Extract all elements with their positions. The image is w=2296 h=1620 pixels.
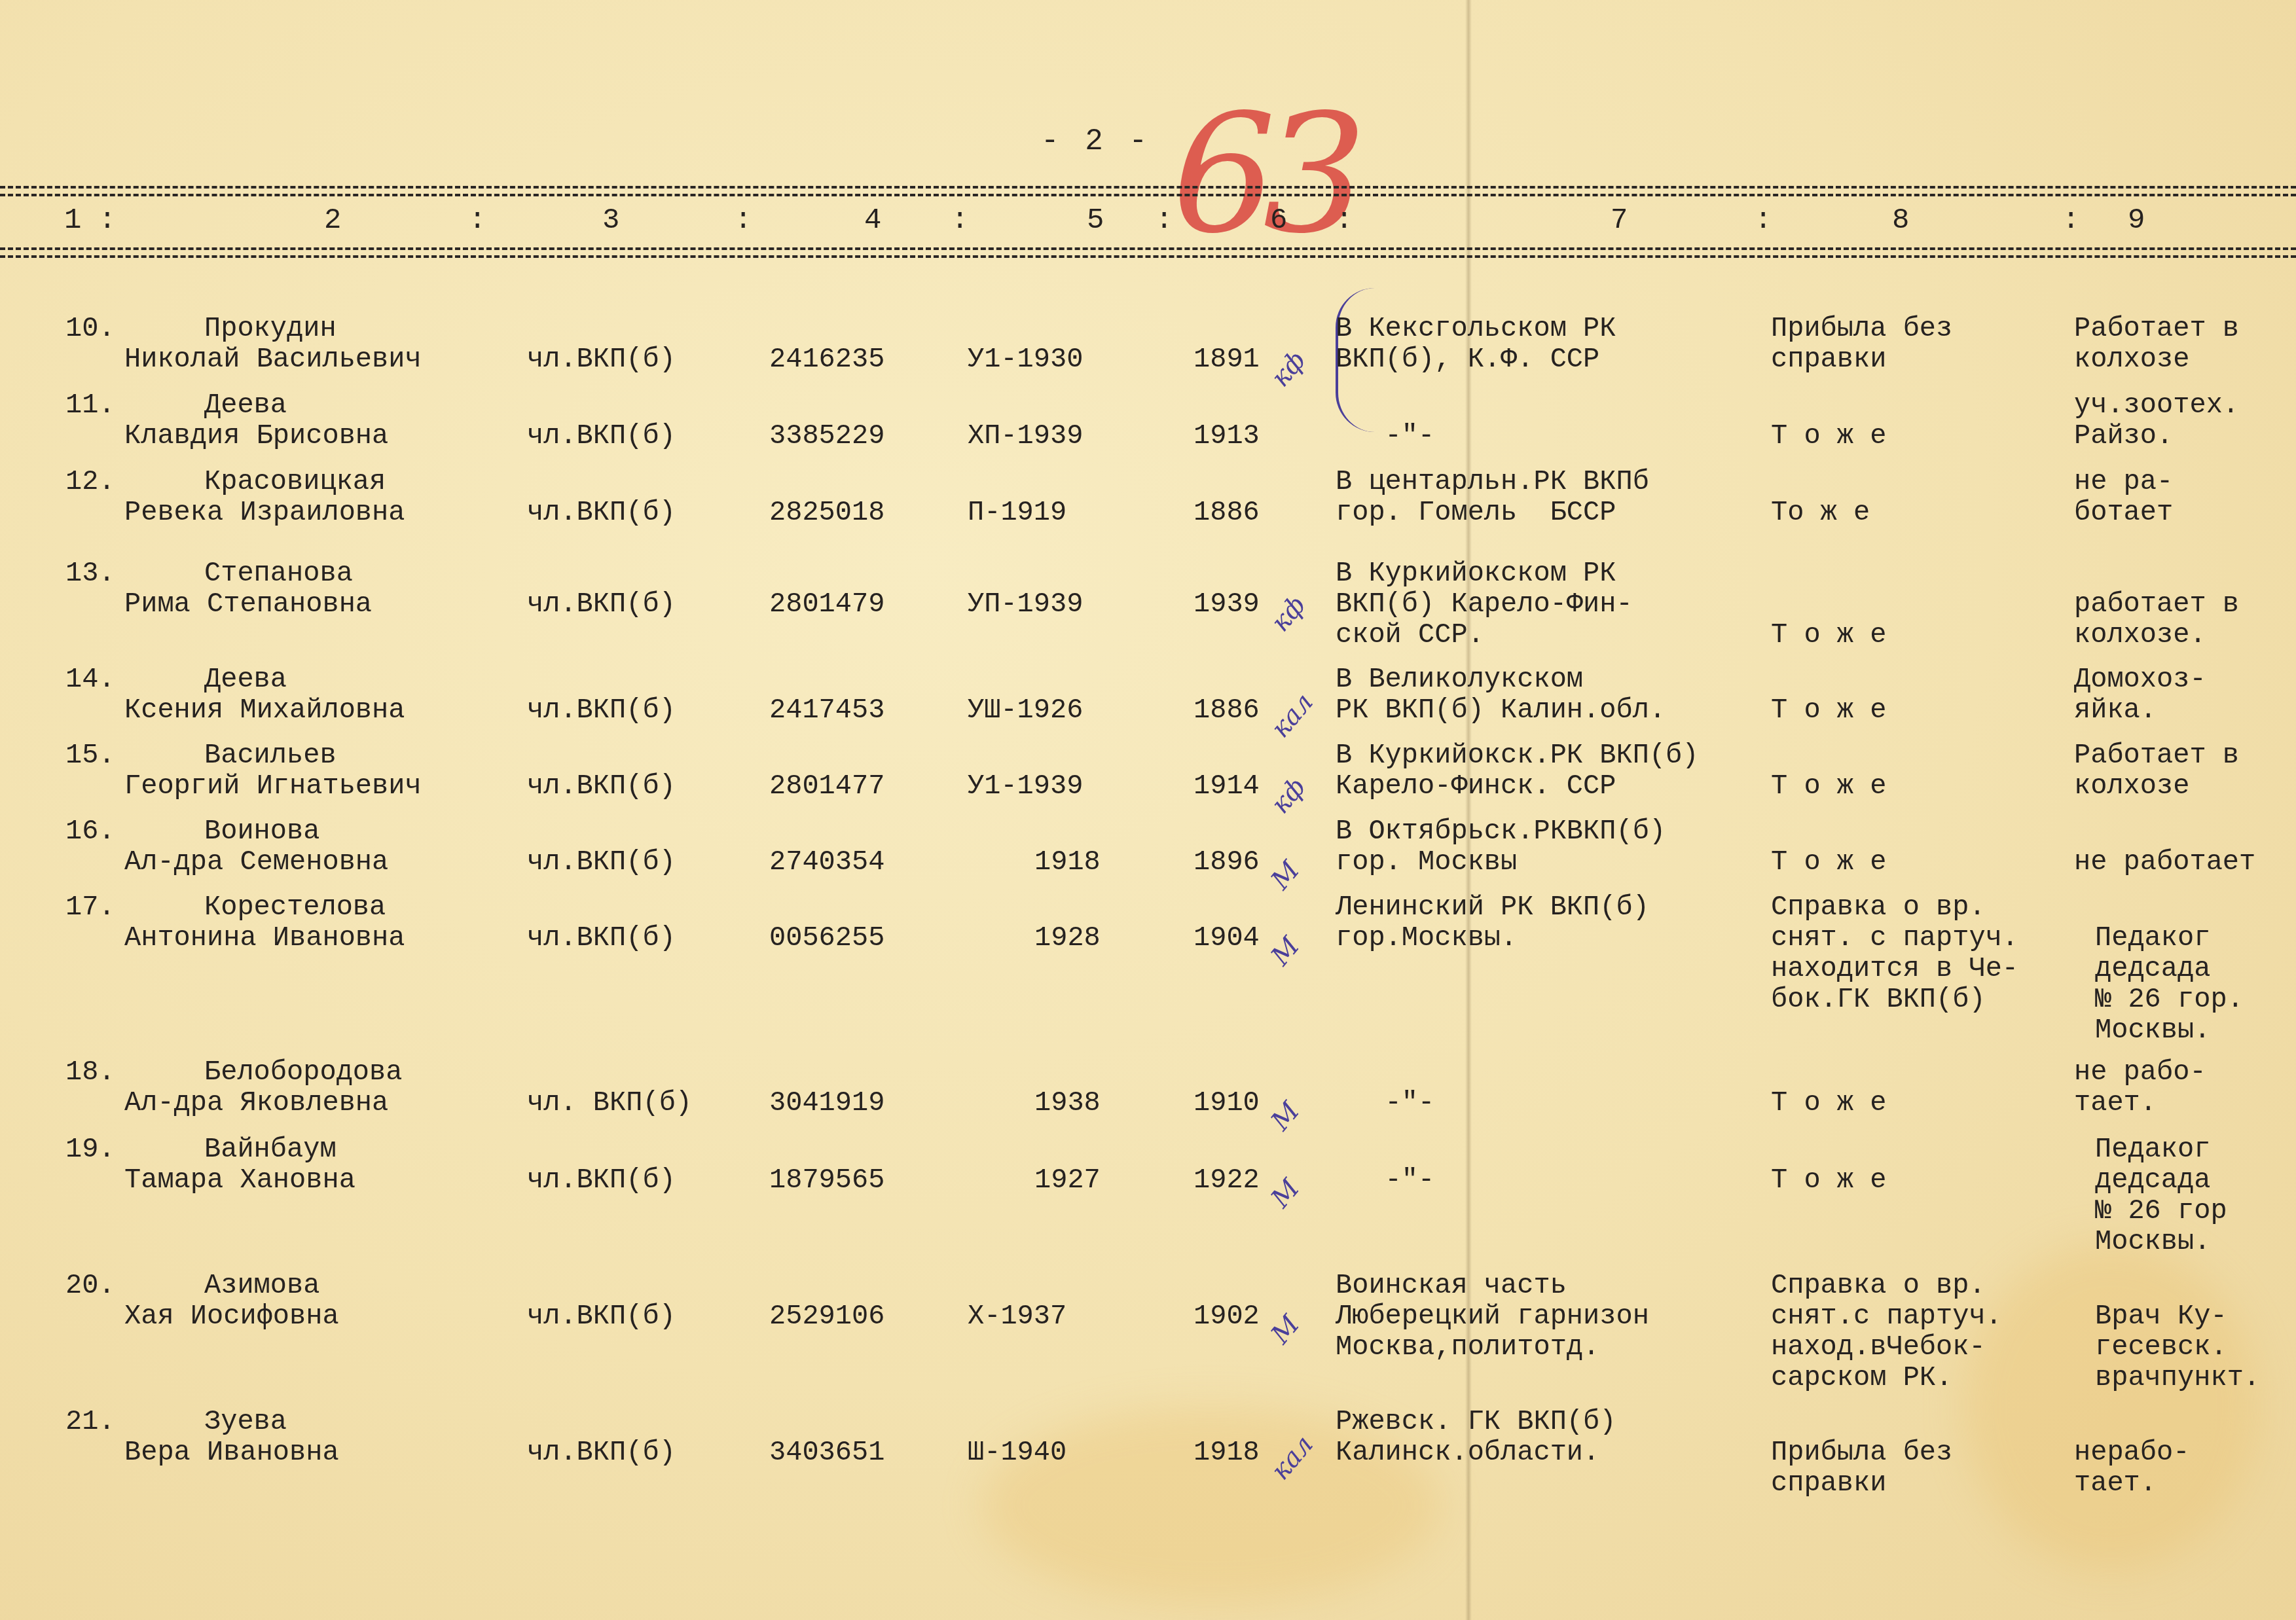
certificate-status: То ж е	[1771, 497, 1870, 528]
birth-year: 1922	[1194, 1165, 1260, 1196]
current-occupation: нерабо-	[2074, 1437, 2189, 1468]
member-surname: Воинова	[204, 816, 319, 847]
certificate-status: находится в Че-	[1771, 954, 2018, 984]
birth-year: 1886	[1194, 695, 1260, 726]
registration-location: ВКП(б), К.Ф. ССР	[1336, 344, 1599, 375]
certificate-status: Т о ж е	[1771, 695, 1886, 726]
registration-location: В центарльн.РК ВКПб	[1336, 467, 1649, 497]
column-header-label: 7	[1611, 204, 1628, 237]
handwritten-region-note: М	[1266, 1310, 1306, 1350]
current-occupation: № 26 гор	[2095, 1196, 2227, 1227]
party-status: чл.ВКП(б)	[527, 589, 676, 620]
party-join-date: УШ-1926	[968, 695, 1083, 726]
member-given-names: Хая Иосифовна	[124, 1301, 339, 1332]
member-given-names: Ревека Израиловна	[124, 497, 405, 528]
party-card-number: 2740354	[769, 847, 884, 878]
birth-year: 1910	[1194, 1088, 1260, 1119]
archive-folio-stamp: 63	[1172, 79, 1354, 269]
handwritten-region-note: кф	[1266, 590, 1312, 638]
registration-location: гор. Москвы	[1336, 847, 1517, 878]
certificate-status: Т о ж е	[1771, 771, 1886, 802]
registration-location: Москва,политотд.	[1336, 1332, 1599, 1363]
current-occupation: не рабо-	[2074, 1057, 2206, 1088]
registration-location: -"-	[1336, 421, 1434, 452]
handwritten-region-note: М	[1266, 1096, 1306, 1136]
page-number: - 2 -	[1041, 124, 1151, 158]
birth-year: 1886	[1194, 497, 1260, 528]
row-number: 13.	[65, 558, 115, 589]
party-join-date: 1918	[1034, 847, 1101, 878]
registration-location: Ржевск. ГК ВКП(б)	[1336, 1407, 1616, 1437]
current-occupation: дедсада	[2095, 1165, 2210, 1196]
current-occupation: яйка.	[2074, 695, 2157, 726]
registration-location: Ленинский РК ВКП(б)	[1336, 892, 1649, 923]
member-given-names: Антонина Ивановна	[124, 923, 405, 954]
registration-location: -"-	[1336, 1088, 1434, 1119]
member-surname: Зуева	[204, 1407, 287, 1437]
current-occupation: колхозе	[2074, 771, 2189, 802]
current-occupation: ботает	[2074, 497, 2173, 528]
row-number: 11.	[65, 390, 115, 421]
certificate-status: бок.ГК ВКП(б)	[1771, 984, 1986, 1015]
current-occupation: Работает в	[2074, 740, 2239, 771]
current-occupation: уч.зоотех.	[2074, 390, 2239, 421]
certificate-status: Справка о вр.	[1771, 1270, 1986, 1301]
current-occupation: врачпункт.	[2095, 1363, 2260, 1394]
column-header-label: 3	[602, 204, 619, 237]
column-header-label: 1 :	[64, 204, 116, 237]
current-occupation: работает в	[2074, 589, 2239, 620]
certificate-status: Справка о вр.	[1771, 892, 1986, 923]
registration-location: ВКП(б) Карело-Фин-	[1336, 589, 1633, 620]
certificate-status: снят.с партуч.	[1771, 1301, 2002, 1332]
certificate-status: справки	[1771, 1468, 1886, 1499]
column-header-label: 8	[1892, 204, 1909, 237]
member-surname: Вайнбаум	[204, 1134, 337, 1165]
member-surname: Азимова	[204, 1270, 319, 1301]
current-occupation: гесевск.	[2095, 1332, 2227, 1363]
member-surname: Деева	[204, 664, 287, 695]
party-join-date: Х-1937	[968, 1301, 1066, 1332]
row-number: 19.	[65, 1134, 115, 1165]
row-number: 21.	[65, 1407, 115, 1437]
member-given-names: Рима Степановна	[124, 589, 372, 620]
current-occupation: тает.	[2074, 1468, 2157, 1499]
row-number: 20.	[65, 1270, 115, 1301]
column-header-label: 5	[1087, 204, 1104, 237]
registration-location: -"-	[1336, 1165, 1434, 1196]
member-given-names: Ал-дра Яковлевна	[124, 1088, 388, 1119]
registration-location: гор.Москвы.	[1336, 923, 1517, 954]
birth-year: 1891	[1194, 344, 1260, 375]
handwritten-region-note: М	[1266, 1174, 1306, 1214]
party-card-number: 2529106	[769, 1301, 884, 1332]
party-card-number: 3041919	[769, 1088, 884, 1119]
party-status: чл.ВКП(б)	[527, 847, 676, 878]
certificate-status: Прибыла без	[1771, 314, 1952, 344]
row-number: 15.	[65, 740, 115, 771]
archival-document-page: - 2 - 63 1 :2:3:4:5:6:7:8:9 10.ПрокудинН…	[0, 0, 2296, 1620]
party-card-number: 2801479	[769, 589, 884, 620]
member-surname: Белобородова	[204, 1057, 402, 1088]
current-occupation: № 26 гор.	[2095, 984, 2244, 1015]
party-join-date: У1-1930	[968, 344, 1083, 375]
paper-fold-line	[1465, 0, 1472, 1620]
handwritten-region-note: М	[1266, 931, 1306, 971]
certificate-status: сарском РК.	[1771, 1363, 1952, 1394]
party-status: чл.ВКП(б)	[527, 421, 676, 452]
party-card-number: 2801477	[769, 771, 884, 802]
certificate-status: Прибыла без	[1771, 1437, 1952, 1468]
certificate-status: Т о ж е	[1771, 620, 1886, 651]
registration-location: Карело-Финск. ССР	[1336, 771, 1616, 802]
party-card-number: 0056255	[769, 923, 884, 954]
party-join-date: 1938	[1034, 1088, 1101, 1119]
row-number: 14.	[65, 664, 115, 695]
current-occupation: колхозе.	[2074, 620, 2206, 651]
party-status: чл.ВКП(б)	[527, 695, 676, 726]
current-occupation: колхозе	[2074, 344, 2189, 375]
certificate-status: Т о ж е	[1771, 1165, 1886, 1196]
member-surname: Васильев	[204, 740, 337, 771]
party-status: чл.ВКП(б)	[527, 497, 676, 528]
member-given-names: Георгий Игнатьевич	[124, 771, 422, 802]
party-join-date: УП-1939	[968, 589, 1083, 620]
current-occupation: Домохоз-	[2074, 664, 2206, 695]
current-occupation: Работает в	[2074, 314, 2239, 344]
header-rule-bottom	[0, 247, 2296, 258]
column-header-label: :	[469, 204, 486, 237]
party-status: чл. ВКП(б)	[527, 1088, 692, 1119]
party-status: чл.ВКП(б)	[527, 923, 676, 954]
column-header-label: 2	[324, 204, 341, 237]
row-number: 18.	[65, 1057, 115, 1088]
member-surname: Деева	[204, 390, 287, 421]
party-join-date: У1-1939	[968, 771, 1083, 802]
certificate-status: Т о ж е	[1771, 421, 1886, 452]
registration-location: В Куркийокском РК	[1336, 558, 1616, 589]
certificate-status: снят. с партуч.	[1771, 923, 2018, 954]
party-card-number: 2417453	[769, 695, 884, 726]
member-given-names: Ал-дра Семеновна	[124, 847, 388, 878]
party-card-number: 3403651	[769, 1437, 884, 1468]
birth-year: 1904	[1194, 923, 1260, 954]
member-surname: Корестелова	[204, 892, 386, 923]
column-header-label: 4	[864, 204, 881, 237]
party-card-number: 1879565	[769, 1165, 884, 1196]
row-number: 17.	[65, 892, 115, 923]
header-rule-top	[0, 186, 2296, 196]
registration-location: Воинская часть	[1336, 1270, 1567, 1301]
current-occupation: Врач Ку-	[2095, 1301, 2227, 1332]
member-surname: Красовицкая	[204, 467, 386, 497]
member-given-names: Николай Васильевич	[124, 344, 422, 375]
member-surname: Степанова	[204, 558, 353, 589]
handwritten-region-note: М	[1266, 855, 1306, 895]
registration-location: РК ВКП(б) Калин.обл.	[1336, 695, 1666, 726]
column-header-label: 6	[1270, 204, 1287, 237]
registration-location: В Куркийокск.РК ВКП(б)	[1336, 740, 1699, 771]
current-occupation: не работает	[2074, 847, 2255, 878]
row-number: 12.	[65, 467, 115, 497]
row-number: 10.	[65, 314, 115, 344]
current-occupation: не ра-	[2074, 467, 2173, 497]
party-join-date: 1927	[1034, 1165, 1101, 1196]
birth-year: 1939	[1194, 589, 1260, 620]
current-occupation: Москвы.	[2095, 1227, 2210, 1257]
party-join-date: 1928	[1034, 923, 1101, 954]
party-status: чл.ВКП(б)	[527, 344, 676, 375]
party-card-number: 2416235	[769, 344, 884, 375]
party-card-number: 3385229	[769, 421, 884, 452]
certificate-status: справки	[1771, 344, 1886, 375]
column-header-label: :	[1755, 204, 1772, 237]
column-header-label: :	[2062, 204, 2079, 237]
member-given-names: Клавдия Брисовна	[124, 421, 388, 452]
registration-location: гор. Гомель БССР	[1336, 497, 1616, 528]
member-given-names: Ксения Михайловна	[124, 695, 405, 726]
handwritten-region-note: кф	[1266, 772, 1312, 819]
registration-location: В Кексгольском РК	[1336, 314, 1616, 344]
birth-year: 1914	[1194, 771, 1260, 802]
column-header-label: 9	[2128, 204, 2145, 237]
birth-year: 1896	[1194, 847, 1260, 878]
birth-year: 1918	[1194, 1437, 1260, 1468]
current-occupation: дедсада	[2095, 954, 2210, 984]
current-occupation: Москвы.	[2095, 1015, 2210, 1046]
birth-year: 1913	[1194, 421, 1260, 452]
certificate-status: Т о ж е	[1771, 1088, 1886, 1119]
current-occupation: Педаког	[2095, 1134, 2210, 1165]
handwritten-region-note: кал	[1266, 687, 1319, 744]
member-given-names: Вера Ивановна	[124, 1437, 339, 1468]
registration-location: Люберецкий гарнизон	[1336, 1301, 1649, 1332]
handwritten-region-note: кф	[1266, 346, 1312, 393]
party-status: чл.ВКП(б)	[527, 1437, 676, 1468]
column-header-label: :	[1156, 204, 1173, 237]
registration-location: Калинск.области.	[1336, 1437, 1599, 1468]
party-status: чл.ВКП(б)	[527, 1301, 676, 1332]
column-header-label: :	[735, 204, 752, 237]
registration-location: В Великолукском	[1336, 664, 1583, 695]
certificate-status: Т о ж е	[1771, 847, 1886, 878]
certificate-status: наход.вЧебок-	[1771, 1332, 1986, 1363]
party-join-date: ХП-1939	[968, 421, 1083, 452]
member-given-names: Тамара Хановна	[124, 1165, 355, 1196]
water-stain	[1964, 1244, 2259, 1571]
current-occupation: Райзо.	[2074, 421, 2173, 452]
current-occupation: тает.	[2074, 1088, 2157, 1119]
column-header-label: :	[951, 204, 968, 237]
party-card-number: 2825018	[769, 497, 884, 528]
column-header-label: :	[1336, 204, 1353, 237]
registration-location: В Октябрьск.РКВКП(б)	[1336, 816, 1666, 847]
party-join-date: П-1919	[968, 497, 1066, 528]
birth-year: 1902	[1194, 1301, 1260, 1332]
current-occupation: Педаког	[2095, 923, 2210, 954]
registration-location: ской ССР.	[1336, 620, 1484, 651]
member-surname: Прокудин	[204, 314, 337, 344]
row-number: 16.	[65, 816, 115, 847]
party-status: чл.ВКП(б)	[527, 1165, 676, 1196]
party-join-date: Ш-1940	[968, 1437, 1066, 1468]
party-status: чл.ВКП(б)	[527, 771, 676, 802]
